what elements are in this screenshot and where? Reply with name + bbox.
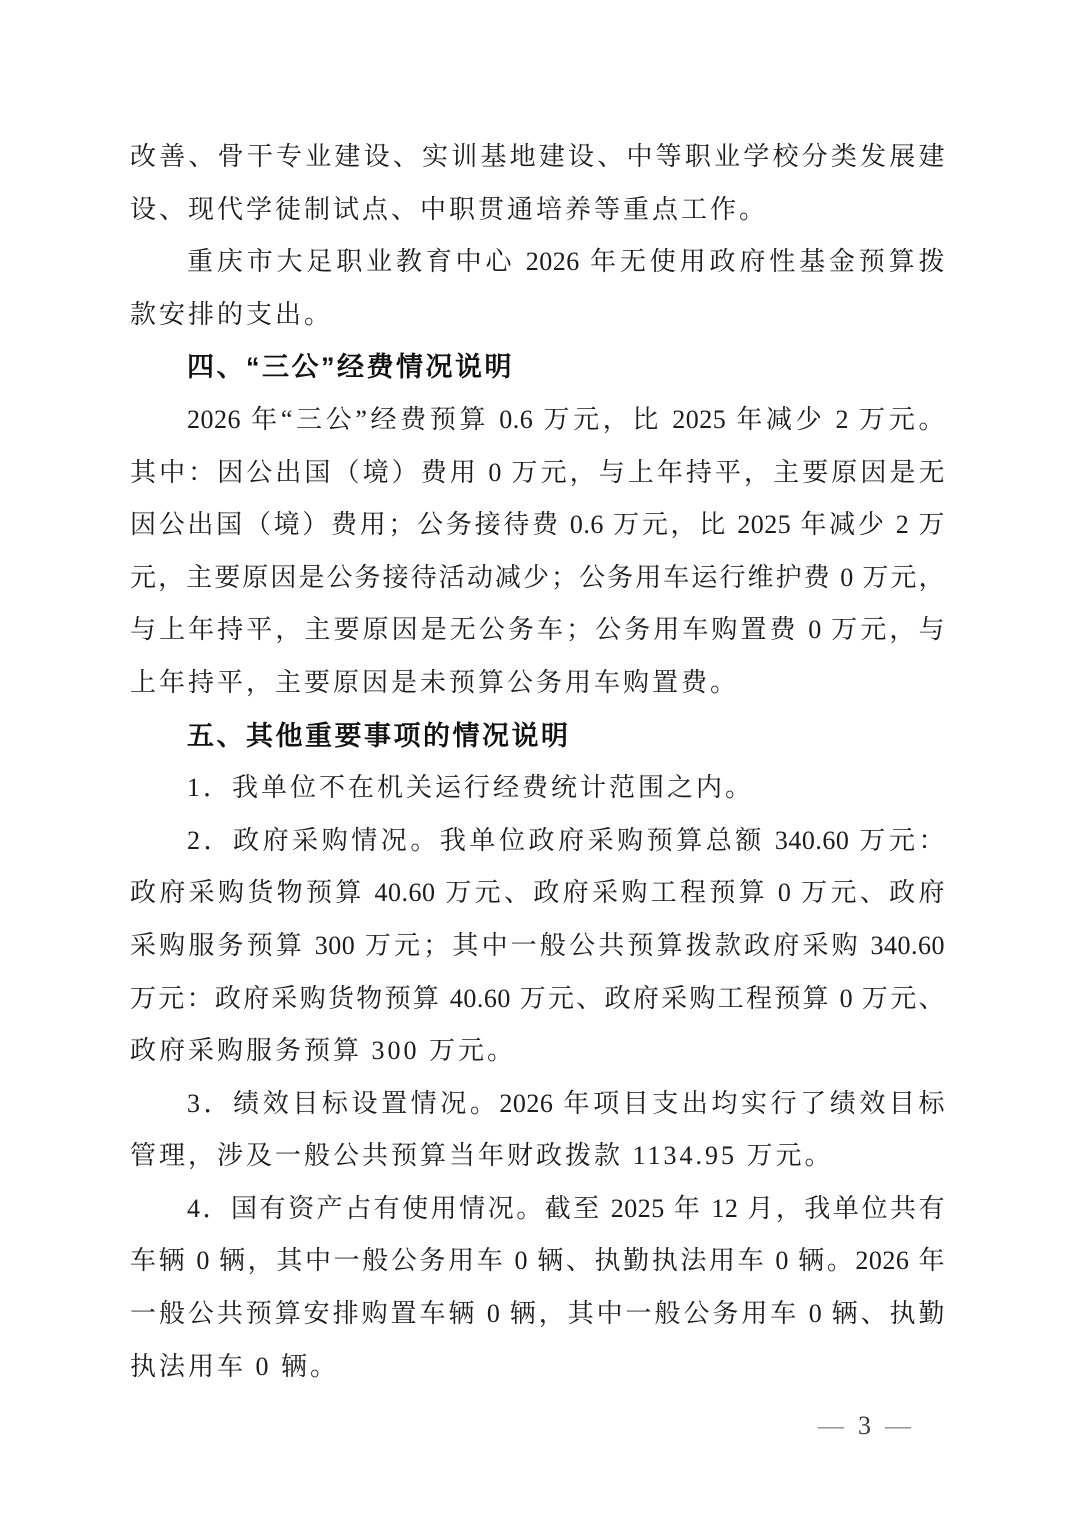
section-heading-five: 五、其他重要事项的情况说明 — [130, 710, 945, 763]
section-heading-four: 四、“三公”经费情况说明 — [130, 341, 945, 394]
paragraph-line: 2026 年“三公”经费预算 0.6 万元，比 2025 年减少 2 万元。 — [130, 394, 945, 447]
paragraph-line: 一般公共预算安排购置车辆 0 辆，其中一般公务用车 0 辆、执勤 — [130, 1288, 945, 1341]
paragraph-line: 改善、骨干专业建设、实训基地建设、中等职业学校分类发展建 — [130, 131, 945, 184]
document-page: 改善、骨干专业建设、实训基地建设、中等职业学校分类发展建 设、现代学徒制试点、中… — [0, 0, 1074, 1520]
list-item-1: 1．我单位不在机关运行经费统计范围之内。 — [130, 762, 945, 815]
paragraph-line: 万元：政府采购货物预算 40.60 万元、政府采购工程预算 0 万元、 — [130, 973, 945, 1026]
list-item-3: 3．绩效目标设置情况。2026 年项目支出均实行了绩效目标 — [130, 1078, 945, 1131]
page-number: 3 — [858, 1411, 871, 1440]
page-footer: —3— — [0, 1409, 1074, 1443]
paragraph-line: 元，主要原因是公务接待活动减少；公务用车运行维护费 0 万元， — [130, 552, 945, 605]
paragraph-line: 其中：因公出国（境）费用 0 万元，与上年持平，主要原因是无 — [130, 447, 945, 500]
paragraph-line: 政府采购货物预算 40.60 万元、政府采购工程预算 0 万元、政府 — [130, 867, 945, 920]
paragraph-line: 款安排的支出。 — [130, 289, 945, 342]
paragraph-line: 车辆 0 辆，其中一般公务用车 0 辆、执勤执法用车 0 辆。2026 年 — [130, 1235, 945, 1288]
paragraph-line: 与上年持平，主要原因是无公务车；公务用车购置费 0 万元，与 — [130, 604, 945, 657]
paragraph-line: 上年持平，主要原因是未预算公务用车购置费。 — [130, 657, 945, 710]
page-number-dash-right: — — [885, 1411, 911, 1440]
paragraph-line: 采购服务预算 300 万元；其中一般公共预算拨款政府采购 340.60 — [130, 920, 945, 973]
document-body: 改善、骨干专业建设、实训基地建设、中等职业学校分类发展建 设、现代学徒制试点、中… — [0, 0, 1074, 1393]
paragraph-line: 政府采购服务预算 300 万元。 — [130, 1025, 945, 1078]
paragraph-line: 设、现代学徒制试点、中职贯通培养等重点工作。 — [130, 184, 945, 237]
paragraph-line: 管理，涉及一般公共预算当年财政拨款 1134.95 万元。 — [130, 1130, 945, 1183]
paragraph-line: 因公出国（境）费用；公务接待费 0.6 万元，比 2025 年减少 2 万 — [130, 499, 945, 552]
paragraph-line: 执法用车 0 辆。 — [130, 1341, 945, 1394]
list-item-2: 2．政府采购情况。我单位政府采购预算总额 340.60 万元： — [130, 815, 945, 868]
list-item-4: 4．国有资产占有使用情况。截至 2025 年 12 月，我单位共有 — [130, 1183, 945, 1236]
paragraph-line: 重庆市大足职业教育中心 2026 年无使用政府性基金预算拨 — [130, 236, 945, 289]
page-number-dash-left: — — [818, 1411, 844, 1440]
